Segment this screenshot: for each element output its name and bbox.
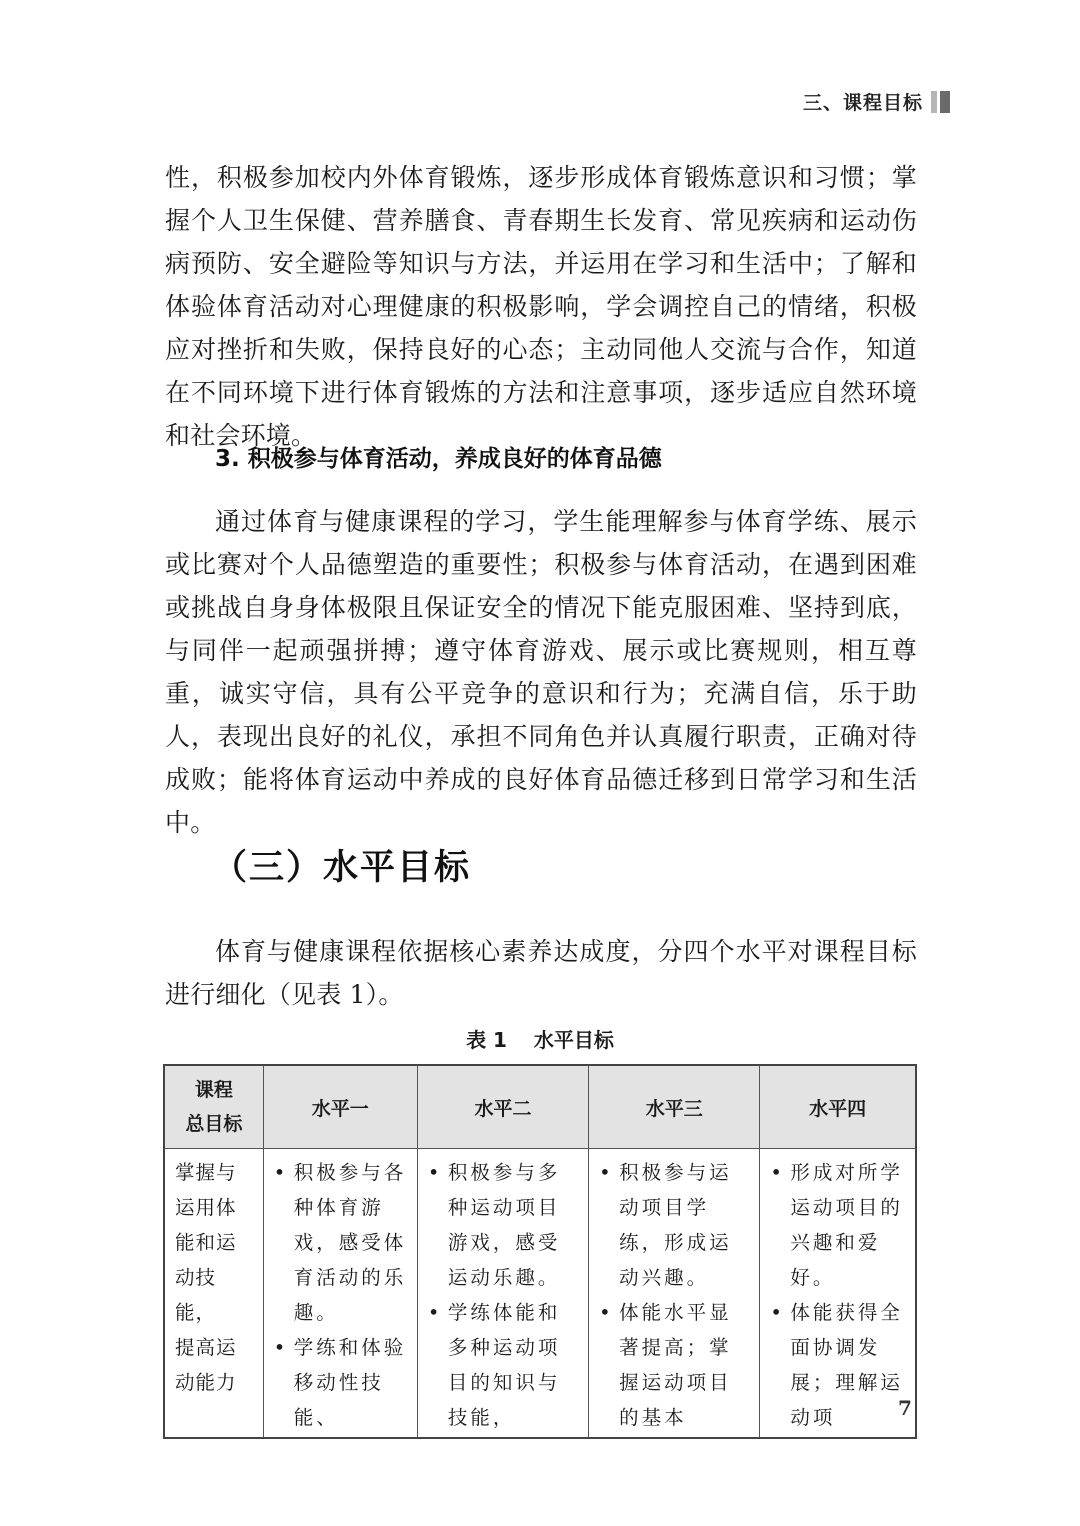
level-goals-table: 课程 总目标 水平一 水平二 水平三 水平四 掌握与 运用体 能和运 动技能， … — [163, 1064, 917, 1439]
bullet-item: 积极参与运动项目学练，形成运动兴趣。 — [599, 1155, 749, 1295]
cell-line: 能和运 — [175, 1225, 253, 1260]
section-title: （三）水平目标 — [212, 840, 471, 890]
bullet-item: 体能获得全面协调发展；理解运动项 — [770, 1295, 905, 1435]
paragraph-text: 性，积极参加校内外体育锻炼，逐步形成体育锻炼意识和习惯；掌握个人卫生保健、营养膳… — [165, 156, 917, 457]
bullet-item: 体能水平显著提高；掌握运动项目的基本 — [599, 1295, 749, 1435]
running-header-title: 三、课程目标 — [803, 88, 923, 115]
paragraph-intro: 体育与健康课程依据核心素养达成度，分四个水平对课程目标进行细化（见表 1）。 — [165, 930, 917, 1016]
cell-level-4: 形成对所学运动项目的兴趣和爱好。 体能获得全面协调发展；理解运动项 — [760, 1149, 916, 1439]
cell-line: 动技能， — [175, 1260, 253, 1330]
cell-level-2: 积极参与多种运动项目游戏，感受运动乐趣。 学练体能和多种运动项目的知识与技能， — [417, 1149, 588, 1439]
cell-level-3: 积极参与运动项目学练，形成运动兴趣。 体能水平显著提高；掌握运动项目的基本 — [589, 1149, 760, 1439]
header-decoration-bar-light — [931, 91, 937, 113]
page-number: 7 — [898, 1396, 912, 1420]
header-level-4: 水平四 — [760, 1065, 916, 1149]
bullet-item: 学练和体验移动性技能、 — [274, 1330, 407, 1435]
header-decoration-bar-dark — [940, 91, 950, 113]
header-level-2: 水平二 — [417, 1065, 588, 1149]
table-caption-number: 表 1 — [466, 1028, 507, 1052]
cell-line: 提高运 — [175, 1330, 253, 1365]
paragraph-continued: 性，积极参加校内外体育锻炼，逐步形成体育锻炼意识和习惯；掌握个人卫生保健、营养膳… — [165, 156, 917, 457]
header-line: 总目标 — [165, 1107, 263, 1141]
bullet-item: 积极参与各种体育游戏，感受体育活动的乐趣。 — [274, 1155, 407, 1330]
cell-course-goal: 掌握与 运用体 能和运 动技能， 提高运 动能力 — [164, 1149, 263, 1439]
paragraph-text: 体育与健康课程依据核心素养达成度，分四个水平对课程目标进行细化（见表 1）。 — [165, 930, 917, 1016]
bullet-item: 形成对所学运动项目的兴趣和爱好。 — [770, 1155, 905, 1295]
cell-line: 动能力 — [175, 1365, 253, 1400]
paragraph-3: 通过体育与健康课程的学习，学生能理解参与体育学练、展示或比赛对个人品德塑造的重要… — [165, 500, 917, 844]
running-header: 三、课程目标 — [803, 88, 950, 115]
table-caption-title: 水平目标 — [534, 1028, 614, 1052]
bullet-item: 积极参与多种运动项目游戏，感受运动乐趣。 — [428, 1155, 578, 1295]
cell-line: 运用体 — [175, 1190, 253, 1225]
table-caption: 表 1 水平目标 — [0, 1024, 1080, 1053]
table-header-row: 课程 总目标 水平一 水平二 水平三 水平四 — [164, 1065, 916, 1149]
header-level-1: 水平一 — [263, 1065, 417, 1149]
paragraph-text: 通过体育与健康课程的学习，学生能理解参与体育学练、展示或比赛对个人品德塑造的重要… — [165, 500, 917, 844]
cell-level-1: 积极参与各种体育游戏，感受体育活动的乐趣。 学练和体验移动性技能、 — [263, 1149, 417, 1439]
subheading-3: 3. 积极参与体育活动，养成良好的体育品德 — [215, 440, 662, 473]
table-row: 掌握与 运用体 能和运 动技能， 提高运 动能力 积极参与各种体育游戏，感受体育… — [164, 1149, 916, 1439]
bullet-item: 学练体能和多种运动项目的知识与技能， — [428, 1295, 578, 1435]
header-level-3: 水平三 — [589, 1065, 760, 1149]
header-course-goal: 课程 总目标 — [164, 1065, 263, 1149]
cell-line: 掌握与 — [175, 1155, 253, 1190]
header-line: 课程 — [165, 1073, 263, 1107]
